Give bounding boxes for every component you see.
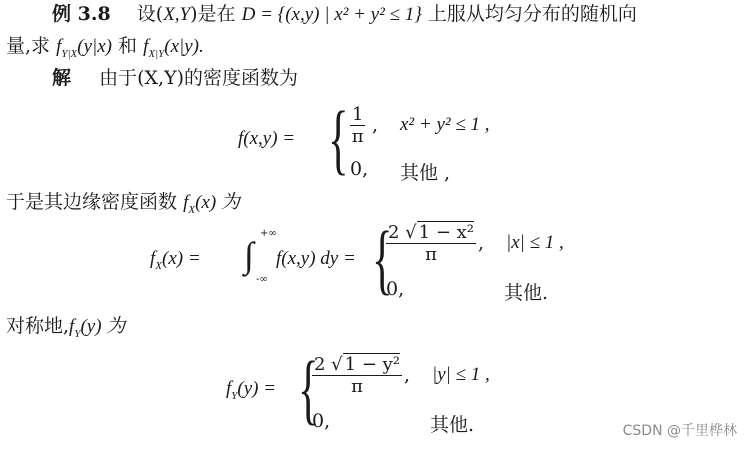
marginal-intro: 于是其边缘密度函数 fX(x) 为 [6, 190, 240, 215]
problem-statement-line2: 量,求 fY|X(y|x) 和 fX|Y(x|y). [6, 34, 204, 59]
solution-label: 解 [52, 67, 71, 89]
solution-intro: 解 由于(X,Y)的密度函数为 [52, 66, 298, 90]
integral-sign: ∫ [244, 234, 254, 276]
joint-density-equation: f(x,y) = { 1 π , x² + y² ≤ 1 , 0, 其他 , [238, 100, 558, 190]
domain-set: = {(x,y) | x² + y² ≤ 1} [255, 4, 422, 25]
watermark: CSDN @千里桦林 [623, 420, 737, 440]
left-brace: { [328, 94, 349, 184]
problem-statement-line1: 例 3.8 设(X,Y)是在 D = {(x,y) | x² + y² ≤ 1}… [52, 2, 637, 27]
symmetric-intro: 对称地,fY(y) 为 [6, 314, 125, 339]
marginal-x-equation: fX(x) = ∫ +∞ -∞ f(x,y) dy = { 2 √1 − x² … [150, 218, 590, 308]
marginal-y-equation: fY(y) = { 2 √1 − y² π , |y| ≤ 1 , 0, 其他. [226, 346, 606, 446]
example-label: 例 3.8 [52, 3, 111, 25]
